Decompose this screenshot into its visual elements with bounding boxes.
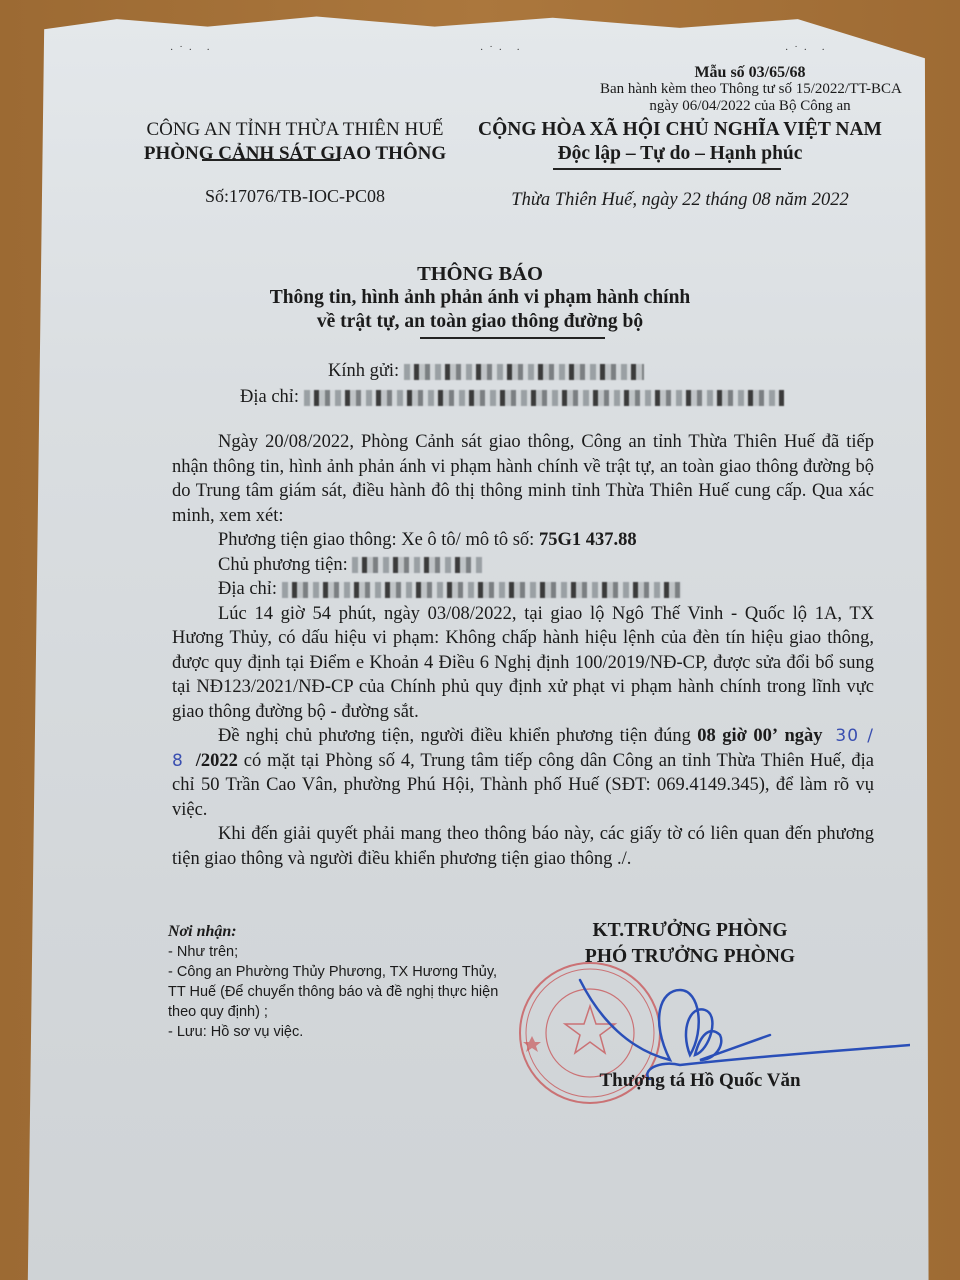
divider bbox=[420, 337, 605, 339]
owner-address-label: Địa chỉ: bbox=[218, 579, 277, 599]
title-sub1: Thông tin, hình ảnh phản ánh vi phạm hàn… bbox=[170, 286, 790, 310]
address-label: Địa chỉ: bbox=[240, 387, 299, 407]
place-date: Thừa Thiên Huế, ngày 22 tháng 08 năm 202… bbox=[480, 190, 880, 211]
punch-marks: ·˙· · bbox=[480, 45, 526, 56]
title-main: THÔNG BÁO bbox=[170, 262, 790, 286]
to-label: Kính gửi: bbox=[328, 361, 399, 381]
divider bbox=[202, 159, 340, 161]
recipient-item: - Công an Phường Thủy Phương, TX Hương T… bbox=[168, 962, 508, 1022]
owner-label: Chủ phương tiện: bbox=[218, 555, 348, 575]
title-sub2: về trật tự, an toàn giao thông đường bộ bbox=[170, 310, 790, 334]
divider bbox=[553, 168, 781, 170]
national-motto: Độc lập – Tự do – Hạnh phúc bbox=[470, 142, 890, 166]
body-text: Ngày 20/08/2022, Phòng Cảnh sát giao thô… bbox=[172, 430, 874, 871]
form-issued-with: Ban hành kèm theo Thông tư số 15/2022/TT… bbox=[600, 81, 900, 98]
form-issued-date: ngày 06/04/2022 của Bộ Công an bbox=[600, 98, 900, 115]
recipients-heading: Nơi nhận: bbox=[168, 922, 508, 942]
recipient-item: - Như trên; bbox=[168, 942, 508, 962]
document-title: THÔNG BÁO Thông tin, hình ảnh phản ánh v… bbox=[170, 262, 790, 334]
vehicle-label: Phương tiện giao thông: Xe ô tô/ mô tô s… bbox=[218, 530, 539, 550]
punch-marks: ·˙· · bbox=[785, 45, 831, 56]
national-header: CỘNG HÒA XÃ HỘI CHỦ NGHĨA VIỆT NAM Độc l… bbox=[470, 118, 890, 166]
form-number: Mẫu số 03/65/68 bbox=[600, 64, 900, 81]
appointment-time: 08 giờ 00’ bbox=[697, 726, 778, 746]
issuer-agency: CÔNG AN TỈNH THỪA THIÊN HUẾ bbox=[120, 118, 470, 142]
signature-title: KT.TRƯỞNG PHÒNG PHÓ TRƯỞNG PHÒNG bbox=[540, 918, 840, 970]
violation-paragraph: Lúc 14 giờ 54 phút, ngày 03/08/2022, tại… bbox=[172, 602, 874, 725]
punch-marks: ·˙· · bbox=[170, 45, 216, 56]
signer-name: Thượng tá Hồ Quốc Văn bbox=[540, 1070, 860, 1092]
recipient-item: - Lưu: Hồ sơ vụ việc. bbox=[168, 1022, 508, 1042]
request-paragraph: Đề nghị chủ phương tiện, người điều khiể… bbox=[172, 724, 874, 822]
redacted-address bbox=[304, 390, 784, 406]
recipient-block: Kính gửi: Địa chỉ: bbox=[240, 358, 784, 410]
signature-line2: PHÓ TRƯỞNG PHÒNG bbox=[540, 944, 840, 970]
issuer-department: PHÒNG CẢNH SÁT GIAO THÔNG bbox=[120, 142, 470, 166]
redacted-name bbox=[404, 364, 644, 380]
signature-icon bbox=[570, 960, 910, 1080]
intro-paragraph: Ngày 20/08/2022, Phòng Cảnh sát giao thô… bbox=[172, 430, 874, 528]
closing-paragraph: Khi đến giải quyết phải mang theo thông … bbox=[172, 822, 874, 871]
signature-line1: KT.TRƯỞNG PHÒNG bbox=[540, 918, 840, 944]
redacted-owner-address bbox=[282, 582, 682, 598]
form-code-block: Mẫu số 03/65/68 Ban hành kèm theo Thông … bbox=[600, 64, 900, 115]
recipients-list: Nơi nhận: - Như trên; - Công an Phường T… bbox=[168, 922, 508, 1042]
redacted-owner bbox=[352, 557, 482, 573]
country-name: CỘNG HÒA XÃ HỘI CHỦ NGHĨA VIỆT NAM bbox=[470, 118, 890, 142]
document-number: Số:17076/TB-IOC-PC08 bbox=[120, 186, 470, 207]
vehicle-plate: 75G1 437.88 bbox=[539, 530, 637, 550]
